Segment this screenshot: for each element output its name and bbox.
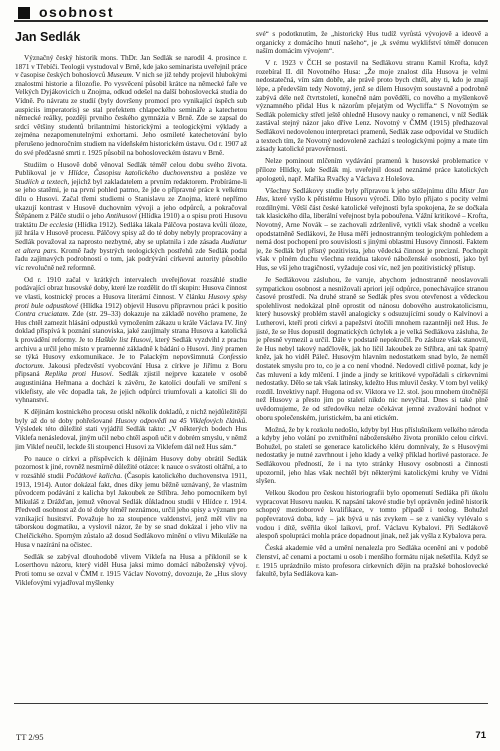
text-run: Možná, že by k rozkolu nedošlo, kdyby by…: [256, 426, 488, 486]
square-bullet-icon: [18, 7, 30, 19]
work-title-italic: Antihusovi: [106, 212, 137, 220]
text-run: Je Sedlákovou zásluhou, že varuje, abych…: [256, 276, 488, 422]
text-run: Nelze pominout mlčením vydávání pramenů …: [256, 157, 488, 182]
work-title-italic: Museum: [107, 71, 132, 79]
text-run: Velkou škodou pro českou historiografii …: [256, 489, 488, 540]
work-title-italic: Hlídce, Časopisu katolického duchovenstv…: [68, 169, 202, 177]
paragraph: Všechny Sedlákovy studie byly přípravou …: [256, 187, 488, 273]
text-run: . (Časopis katolického duchovenstva 1911…: [15, 472, 247, 549]
text-run: . V nich se již tehdy projevil hlubokými…: [15, 71, 247, 156]
header-rule: [14, 20, 488, 22]
paragraph: Možná, že by k rozkolu nedošlo, kdyby by…: [256, 426, 488, 486]
page-number: 71: [475, 730, 486, 741]
text-run: Všechny Sedlákovy studie byly přípravou …: [265, 187, 459, 195]
text-run: Česká akademie věd a umění nenalezla pro…: [256, 544, 488, 578]
paragraph: Studiím o Husově době věnoval Sedlák tém…: [15, 161, 247, 273]
column-right: své“ s podotknutím, že „historický Hus t…: [256, 30, 488, 702]
article-title: Jan Sedlák: [15, 30, 247, 44]
footer-rule: [14, 703, 488, 704]
paragraph: Sedlák se zabýval dlouhodobě vlivem Vikl…: [15, 553, 247, 587]
work-title-italic: Počátkové kalicha: [66, 472, 120, 480]
section-label: osobnost: [39, 4, 114, 20]
text-run: (Hlídka 1912) objevil Husovu přípravnou …: [78, 302, 247, 310]
work-title-italic: Husovy odpovědi na 45 Viklefových článků: [115, 417, 245, 425]
work-title-italic: Contra cruciatam: [15, 310, 68, 318]
work-title-italic: Replika proti Husovi: [45, 370, 112, 378]
text-run: Sedlák se zabýval dlouhodobě vlivem Vikl…: [15, 553, 247, 587]
paragraph: své“ s podotknutím, že „historický Hus t…: [256, 30, 488, 56]
article-body: Jan Sedlák Význačný český historik mons.…: [15, 30, 488, 702]
paragraph: Česká akademie věd a umění nenalezla pro…: [256, 544, 488, 578]
work-title-italic: De ecclesia: [39, 221, 73, 229]
paragraph: V r. 1923 v ČCH se postavil na Sedlákovu…: [256, 59, 488, 154]
journal-issue-label: TT 2/95: [16, 732, 43, 742]
paragraph: Nelze pominout mlčením vydávání pramenů …: [256, 157, 488, 183]
text-run: V r. 1923 v ČCH se postavil na Sedlákovu…: [256, 59, 488, 153]
paragraph: Význačný český historik mons. ThDr. Jan …: [15, 54, 247, 157]
section-header: osobnost: [18, 4, 487, 20]
text-run: své“ s podotknutím, že „historický Hus t…: [256, 30, 488, 55]
paragraph: Po nauce o církvi a příspěvcích k dějiná…: [15, 455, 247, 550]
text-run: a posléze ve: [202, 169, 247, 177]
paragraph: K dějinám kostnického procesu otiskl něk…: [15, 408, 247, 451]
text-run: , které vyšlo k pětistému Husovu výročí.…: [256, 195, 488, 272]
journal-page: osobnost Jan Sedlák Význačný český histo…: [0, 0, 500, 751]
work-title-italic: Studiích a textech: [15, 178, 67, 186]
paragraph: Velkou škodou pro českou historiografii …: [256, 489, 488, 541]
work-title-italic: Haškův list Husovi: [95, 336, 151, 344]
column-left: Jan Sedlák Význačný český historik mons.…: [15, 30, 247, 702]
paragraph: Je Sedlákovou zásluhou, že varuje, abych…: [256, 276, 488, 422]
paragraph: Od r. 1910 začal v krátkých intervalech …: [15, 276, 247, 405]
